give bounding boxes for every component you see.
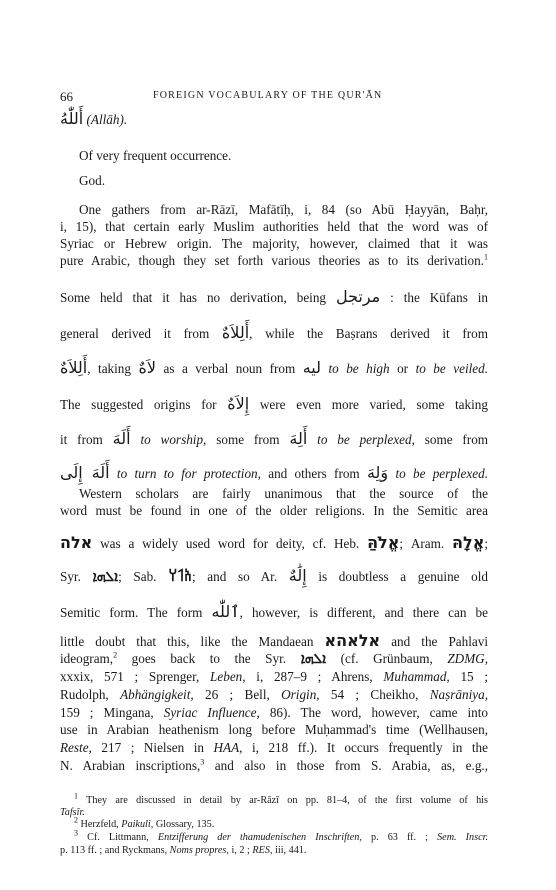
footnote-3: 3 Cf. Littmann, Entzifferung der thamude… [74,832,488,844]
paragraph-line: N. Arabian inscriptions,3 and also in th… [60,758,488,774]
paragraph-line: أَلِلاَهٌ, taking لاَهٌ as a verbal noun… [60,360,488,377]
paragraph-line: use in Arabian heathenism long before Mu… [60,722,488,738]
paragraph-line: Reste, 217 ; Nielsen in HAA, i, 218 ff.)… [60,740,488,756]
paragraph-line: ideogram,2 goes back to the Syr. ܐܠܗܐ (c… [60,651,488,667]
arabic-headword: أَللّٰهُ [60,109,83,128]
sabaean-term: 𐩱𐩡𐩠 [168,569,192,585]
paragraph-line: One gathers from ar-Rāzī, Mafātīḥ, i, 84… [79,202,488,218]
arabic-term: ٱللّٰه [211,602,239,621]
transliteration: (Allāh). [87,112,128,127]
arabic-term: مرتجل [336,287,380,306]
arabic-term: لاَهٌ [138,358,156,377]
paragraph-line: pure Arabic, though they set forth vario… [60,253,488,269]
paragraph-line: Western scholars are fairly unanimous th… [79,486,488,502]
paragraph-line: Syr. ܐܠܗܐ; Sab. 𐩱𐩡𐩠; and so Ar. إِلَٰهٌ … [60,568,488,585]
paragraph-line: it from أَلَهَ to worship, some from أَل… [60,431,488,448]
footnote-2: 2 Herzfeld, Paikuli, Glossary, 135. [74,819,214,831]
paragraph-line: word must be found in one of the older r… [60,503,488,519]
paragraph-line: xxxix, 571 ; Sprenger, Leben, i, 287–9 ;… [60,669,488,685]
paragraph-line: The suggested origins for إِلاَهٌ were e… [60,396,488,413]
paragraph-line: Semitic form. The form ٱللّٰه, however, … [60,604,488,621]
paragraph-line: i, 15), that certain early Muslim author… [60,219,488,235]
syriac-term: ܐܠܗܐ [93,569,119,585]
paragraph-line: little doubt that this, like the Mandaea… [60,633,488,650]
mandaean-term: אלאהא [325,631,381,650]
arabic-term: أَلَهَ إِلَى [60,463,110,482]
footnote-3-cont: p. 113 ff. ; and Ryckmans, Noms propres,… [60,845,306,857]
running-head: 66 FOREIGN VOCABULARY OF THE QUR'ĀN [60,89,488,105]
arabic-term: أَلَهَ [113,429,131,448]
footnote-ref[interactable]: 2 [113,651,117,660]
paragraph-line: Some held that it has no derivation, bei… [60,289,488,306]
footnote-1: 1 They are discussed in detail by ar-Rāz… [74,795,488,807]
hebrew-term: אלה [60,533,92,552]
footnote-ref[interactable]: 1 [484,253,488,262]
arabic-term: إِلَٰهٌ [289,566,307,585]
hebrew-term: אֱלֹהַּ [367,533,399,552]
footnote-ref[interactable]: 3 [200,758,204,767]
entry-frequency: Of very frequent occurrence. [79,148,231,164]
paragraph-line: אלה was a widely used word for deity, cf… [60,535,488,552]
page-number: 66 [60,89,73,105]
arabic-term: إِلاَهٌ [227,394,249,413]
hebrew-term: אֱלָהּ [452,533,484,552]
paragraph-line: أَلَهَ إِلَى to turn to for protection, … [60,465,488,482]
arabic-term: ليه [303,358,321,377]
paragraph-line: 159 ; Mingana, Syriac Influence, 86). Th… [60,705,488,721]
syriac-term: ܐܠܗܐ [301,651,327,667]
entry-headword: أَللّٰهُ (Allāh). [60,111,127,128]
running-title: FOREIGN VOCABULARY OF THE QUR'ĀN [153,90,382,101]
entry-gloss: God. [79,173,105,189]
footnote-1-cont: Tafsīr. [60,807,85,819]
paragraph-line: general derived it from أَلِلاَهٌ, while… [60,325,488,342]
arabic-term: أَلِلاَهٌ [222,323,249,342]
arabic-term: أَلِهَ [289,429,307,448]
arabic-term: وَلِهَ [367,463,388,482]
arabic-term: أَلِلاَهٌ [60,358,87,377]
paragraph-line: Rudolph, Abhängigkeit, 26 ; Bell, Origin… [60,687,488,703]
paragraph-line: Syriac or Hebrew origin. The majority, h… [60,236,488,252]
